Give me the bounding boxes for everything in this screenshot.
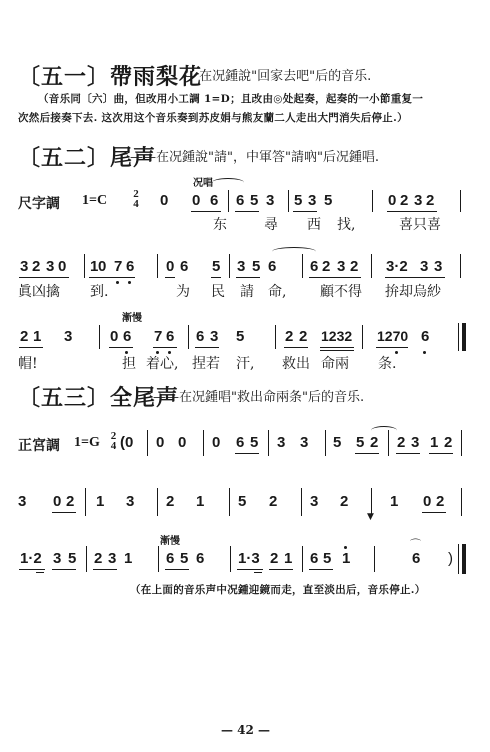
note: 0 [58, 258, 66, 275]
section-51-note-line2: 次然后接奏下去. 这次用这个音乐奏到苏皮娟与熊友蘭二人走出大門消失后停止.） [18, 110, 408, 125]
note: 7 [154, 328, 162, 345]
note: 6 [236, 192, 244, 209]
note: 6 [196, 328, 204, 345]
note: 0 [166, 258, 174, 275]
note: 3 [210, 328, 218, 345]
note: 5 [250, 192, 258, 209]
note: 5 [180, 550, 188, 567]
note: 1 [284, 550, 292, 567]
barline [458, 323, 459, 351]
time-signature: 24 [108, 431, 119, 451]
note: 0 [98, 258, 106, 275]
note: 6 [210, 192, 218, 209]
note: 6 [166, 328, 174, 345]
note: 6 [310, 550, 318, 567]
note: 2 [94, 550, 102, 567]
lyric-syllable: 捏若 [192, 353, 220, 373]
lyric-syllable: 帽! [18, 353, 38, 373]
barline [99, 325, 100, 349]
barline [461, 488, 462, 516]
note: 0 [156, 434, 164, 451]
octave-dot [344, 546, 347, 549]
beam-underline [385, 277, 445, 278]
barline [268, 430, 269, 456]
note: 2 [436, 493, 444, 510]
note: 3·2 [386, 258, 408, 275]
note: 3 [434, 258, 442, 275]
tonic-label: 1=C [82, 193, 107, 209]
lyric-syllable: 为 [176, 281, 190, 301]
final-barline [462, 544, 466, 574]
note: 6 [421, 328, 429, 345]
note: 2 [269, 493, 277, 510]
note: 1·3 [238, 550, 260, 567]
note: 6 [166, 550, 174, 567]
note: 1·2 [20, 550, 42, 567]
note: 5 [294, 192, 302, 209]
beam-underline [309, 569, 333, 570]
lyric-syllable: 汗, [236, 353, 254, 373]
note: 0 [110, 328, 118, 345]
beam-underline [153, 347, 177, 348]
note: 3 [310, 493, 318, 510]
note: 6 [126, 258, 134, 275]
lyric-syllable: 民 [211, 281, 225, 301]
note: 2 [400, 192, 408, 209]
beam-underline [293, 211, 317, 212]
section-52-description: ——在况鍾說"請"，中軍答"請吶"后况鍾唱. [130, 146, 379, 165]
note: 3 [64, 328, 72, 345]
note: 2 [270, 550, 278, 567]
note: 1232 [321, 328, 352, 344]
lyric-syllable: 找, [337, 214, 355, 234]
octave-dot [116, 281, 119, 284]
note: 1 [390, 493, 398, 510]
note: 2 [299, 328, 307, 345]
beam-underline [165, 569, 189, 570]
section-53-number: 〔五三〕 [18, 386, 110, 411]
vocal-mark: 况唱 [193, 174, 213, 189]
note: 6 [310, 258, 318, 275]
note: 6 [180, 258, 188, 275]
note: 2 [66, 493, 74, 510]
beam-underline [236, 277, 260, 278]
note: 1 [96, 493, 104, 510]
barline [458, 544, 459, 574]
note: 0 [212, 434, 220, 451]
barline [188, 325, 189, 349]
lyric-syllable: 条. [378, 353, 396, 373]
barline [228, 190, 229, 212]
barline [374, 546, 375, 572]
note: 2 [350, 258, 358, 275]
note: 3 [237, 258, 245, 275]
arrow-down-icon: ▼ [367, 512, 374, 522]
note: 2 [426, 192, 434, 209]
final-barline [462, 323, 466, 351]
note: 1 [430, 434, 438, 451]
section-51-note-line1: （音乐同〔六〕曲，但改用小工調 1=D；且改由◎处起奏，起奏的一小節重复一 [38, 91, 423, 106]
note: 2 [285, 328, 293, 345]
barline [460, 190, 461, 212]
lyric-syllable: 尋 [264, 214, 278, 234]
beam-underline [269, 569, 293, 570]
barline [461, 430, 462, 456]
octave-dot [128, 281, 131, 284]
note: 6 [236, 434, 244, 451]
section-51-number: 〔五一〕 [18, 65, 110, 90]
note: 5 [324, 192, 332, 209]
note: 6 [196, 550, 204, 567]
beam-underline [211, 277, 221, 278]
note: 3 [420, 258, 428, 275]
barline [85, 488, 86, 516]
beam-underline [429, 453, 453, 454]
beam-underline [254, 572, 262, 573]
lyric-syllable: 到. [90, 281, 108, 301]
note: 5 [250, 434, 258, 451]
beam-underline [376, 347, 408, 348]
beam-underline [165, 277, 175, 278]
beam-underline [93, 569, 117, 570]
note: 3 [108, 550, 116, 567]
barline [302, 546, 303, 572]
note: 5 [236, 328, 244, 345]
barline [371, 488, 372, 514]
note: 3 [337, 258, 345, 275]
note: 5 [323, 550, 331, 567]
beam-underline [387, 211, 437, 212]
note: 3 [414, 192, 422, 209]
time-signature: 24 [130, 189, 142, 209]
beam-underline [422, 512, 446, 513]
lyric-syllable: 命, [268, 281, 286, 301]
note: ) [448, 550, 453, 567]
key-label: 正宮調 [18, 435, 60, 455]
note: 2 [20, 328, 28, 345]
beam-underline [396, 453, 420, 454]
tempo-mark-ritardando: 漸慢 [122, 309, 142, 324]
barline [388, 430, 389, 456]
note: 2 [397, 434, 405, 451]
note: 6 [268, 258, 276, 275]
barline [158, 546, 159, 572]
barline [325, 430, 326, 456]
barline [229, 254, 230, 278]
beam-underline [355, 453, 379, 454]
note: 5 [252, 258, 260, 275]
note: 3 [46, 258, 54, 275]
section-51-description: — 在况鍾說"回家去吧"后的音乐. [182, 65, 371, 84]
tempo-mark-ritardando: 漸慢 [160, 532, 180, 547]
slur [272, 247, 316, 256]
note: 1 [124, 550, 132, 567]
beam-underline [237, 569, 263, 570]
page-number: — 42 — [221, 723, 270, 737]
lyric-syllable: 着心, [146, 353, 178, 373]
beam-underline [195, 347, 219, 348]
note: 0 [192, 192, 200, 209]
key-label: 尺字調 [18, 193, 60, 213]
barline [288, 190, 289, 212]
note: 0 [423, 493, 431, 510]
note: 2 [444, 434, 452, 451]
beam-underline [235, 211, 259, 212]
beam-underline [235, 453, 259, 454]
barline [147, 430, 148, 456]
lyric-syllable: 担 [122, 353, 136, 373]
note: 5 [68, 550, 76, 567]
barline [229, 488, 230, 516]
note: 2 [370, 434, 378, 451]
lyric-syllable: 西 [307, 214, 321, 234]
barline [84, 254, 85, 278]
section-51-title: 〔五一〕帶雨梨花 [18, 60, 202, 91]
note: 1270 [377, 328, 408, 344]
lyric-syllable: 命兩 [321, 353, 349, 373]
note: 3 [20, 258, 28, 275]
barline [157, 254, 158, 278]
note: 7 [114, 258, 122, 275]
section-53-description: ——在况鍾唱"救出命兩条"后的音乐. [153, 386, 364, 405]
slur [212, 178, 244, 187]
barline [203, 430, 204, 456]
note: 3 [266, 192, 274, 209]
note: 0 [53, 493, 61, 510]
beam-underline [320, 350, 354, 351]
note: 6 [412, 550, 420, 567]
note: 2 [32, 258, 40, 275]
barline [86, 546, 87, 572]
barline [301, 488, 302, 516]
note: 0 [178, 434, 186, 451]
barline [230, 546, 231, 572]
lyric-syllable: 喜只喜 [399, 214, 441, 234]
note: 3 [308, 192, 316, 209]
lyric-syllable: 請 [240, 281, 254, 301]
barline [460, 254, 461, 278]
beam-underline [89, 277, 135, 278]
barline [362, 325, 363, 349]
note: 5 [212, 258, 220, 275]
note: 2 [340, 493, 348, 510]
octave-dot [423, 351, 426, 354]
beam-underline [52, 569, 76, 570]
slur [371, 426, 397, 435]
barline [275, 325, 276, 349]
note: 3 [53, 550, 61, 567]
lyric-syllable: 眞凶擒 [18, 281, 60, 301]
note: 0 [388, 192, 396, 209]
note: (0 [120, 434, 133, 451]
section-52-number: 〔五二〕 [18, 146, 110, 171]
note: 1 [196, 493, 204, 510]
barline [372, 190, 373, 212]
note: 2 [322, 258, 330, 275]
barline [157, 488, 158, 516]
note: 3 [411, 434, 419, 451]
beam-underline [309, 277, 361, 278]
beam-underline [19, 277, 69, 278]
tonic-label: 1=G [74, 435, 100, 451]
beam-underline [36, 572, 44, 573]
note: 3 [300, 434, 308, 451]
note: 2 [166, 493, 174, 510]
note: 5 [238, 493, 246, 510]
note: 1 [342, 550, 350, 567]
note: 3 [18, 493, 26, 510]
note: 5 [333, 434, 341, 451]
lyric-syllable: 拚却烏紗 [385, 281, 441, 301]
note: 5 [356, 434, 364, 451]
beam-underline [109, 347, 133, 348]
note: 1 [33, 328, 41, 345]
barline [302, 254, 303, 278]
barline [371, 254, 372, 278]
note: 3 [277, 434, 285, 451]
beam-underline [284, 347, 308, 348]
beam-underline [191, 211, 221, 212]
note: 3 [126, 493, 134, 510]
lyric-syllable: 救出 [282, 353, 310, 373]
note: 0 [160, 192, 168, 209]
beam-underline [52, 512, 76, 513]
beam-underline [19, 347, 43, 348]
lyric-syllable: 顧不得 [320, 281, 362, 301]
lyric-syllable: 东 [213, 214, 227, 234]
note: 6 [123, 328, 131, 345]
beam-underline [19, 569, 45, 570]
beam-underline [320, 347, 354, 348]
section-53-footnote: （在上面的音乐声中况鍾迎鏡而走，直至淡出后，音乐停止.） [130, 582, 426, 597]
